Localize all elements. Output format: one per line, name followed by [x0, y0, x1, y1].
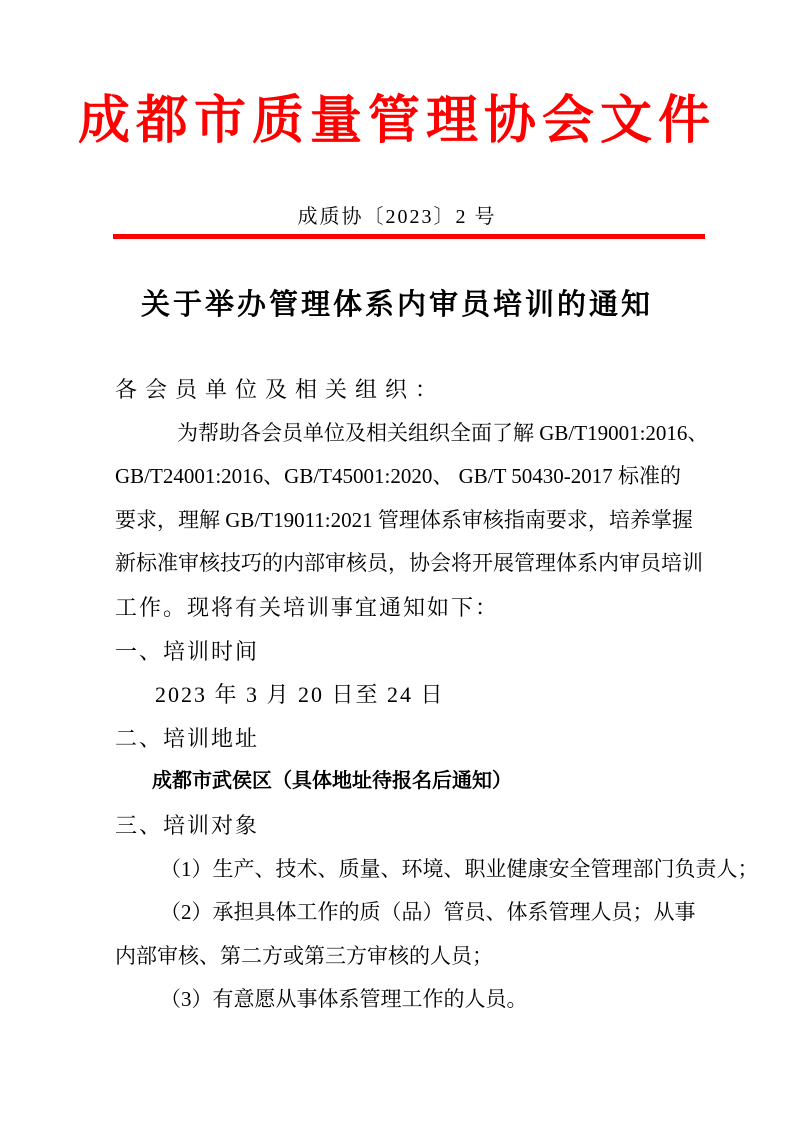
audience-item-1: （1）生产、技术、质量、环境、职业健康安全管理部门负责人； [160, 848, 680, 892]
letterhead-org-title: 成都市质量管理协会文件 [0, 78, 794, 153]
document-number: 成质协〔2023〕2 号 [0, 200, 794, 229]
paragraph-line: 要求，理解 GB/T19011:2021 管理体系审核指南要求，培养掌握 [115, 499, 680, 543]
document-title: 关于举办管理体系内审员培训的通知 [0, 282, 794, 323]
section-heading-training-address: 二、培训地址 [115, 717, 680, 761]
training-date-line: 2023 年 3 月 20 日至 24 日 [155, 673, 680, 717]
section-heading-training-time: 一、培训时间 [115, 630, 680, 674]
salutation-line: 各会员单位及相关组织： [115, 368, 680, 412]
paragraph-line: 新标准审核技巧的内部审核员，协会将开展管理体系内审员培训 [115, 542, 680, 586]
document-body: 各会员单位及相关组织： 为帮助各会员单位及相关组织全面了解 GB/T19001:… [115, 368, 680, 1022]
paragraph-line: 工作。现将有关培训事宜通知如下： [115, 586, 680, 630]
document-page: 成都市质量管理协会文件 成质协〔2023〕2 号 关于举办管理体系内审员培训的通… [0, 0, 794, 1123]
paragraph-line: 为帮助各会员单位及相关组织全面了解 GB/T19001:2016、 [177, 412, 680, 456]
paragraph-line: GB/T24001:2016、GB/T45001:2020、 GB/T 5043… [115, 455, 680, 499]
red-divider-line [113, 234, 705, 239]
training-location-line: 成都市武侯区（具体地址待报名后通知） [152, 760, 680, 804]
audience-item-2: （2）承担具体工作的质（品）管员、体系管理人员；从事 [160, 891, 680, 935]
audience-item-2-continued: 内部审核、第二方或第三方审核的人员； [115, 935, 680, 979]
audience-item-3: （3）有意愿从事体系管理工作的人员。 [160, 978, 680, 1022]
section-heading-training-audience: 三、培训对象 [115, 804, 680, 848]
